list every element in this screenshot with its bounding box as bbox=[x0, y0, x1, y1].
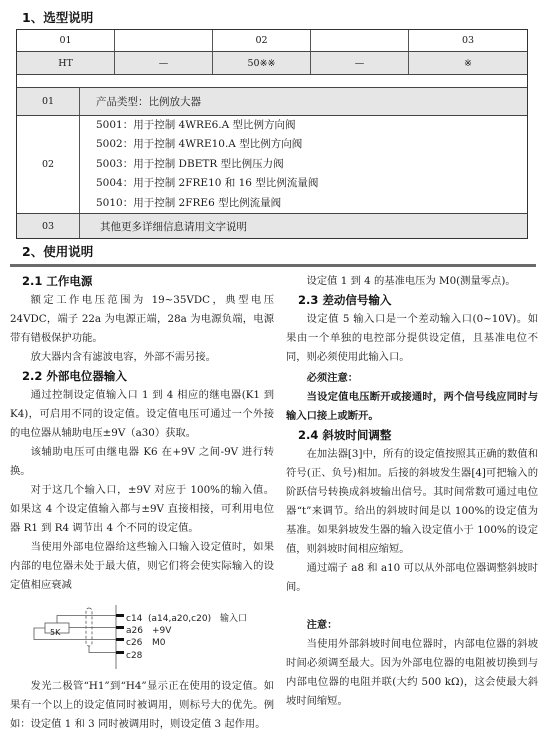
table-cell: 03 bbox=[409, 30, 527, 51]
selection-table: 01 02 03 HT — 50※※ — ※ 01 产品类型：比例放大器 02 … bbox=[16, 29, 528, 239]
paragraph: 在加法器[3]中，所有的设定值按照其正确的数值和符号(正、负号)相加。后接的斜坡… bbox=[286, 445, 538, 559]
paragraph: 通过端子 a8 和 a10 可以从外部电位器调整斜坡时间。 bbox=[286, 559, 538, 597]
table-cell bbox=[311, 30, 409, 51]
paragraph: 通过控制设定值输入口 1 到 4 相应的继电器(K1 到 K4)，可启用不同的设… bbox=[10, 386, 274, 443]
paragraph: 设定值 1 到 4 的基准电压为 M0(测量零点)。 bbox=[286, 272, 538, 291]
right-column: 设定值 1 到 4 的基准电压为 M0(测量零点)。 2.3 差动信号输入 设定… bbox=[286, 272, 538, 711]
row-text: 5002：用于控制 4WRE10.A 型比例方向阀 bbox=[96, 135, 302, 155]
table-cell: ※ bbox=[409, 52, 527, 74]
heading-2-2: 2.2 外部电位器输入 bbox=[10, 367, 274, 386]
paragraph: 对于这几个输入口，±9V 对应于 100%的输入值。如果这 4 个设定值输入都与… bbox=[10, 481, 274, 538]
row-key: 01 bbox=[17, 88, 80, 115]
potentiometer-wiring-diagram: 5K c14 (a14,a20,c20) 输入口 a26 +9V c26 M0 … bbox=[10, 601, 274, 673]
table-cell bbox=[115, 30, 213, 51]
paragraph: 设定值 5 输入口是一个差动输入口(0~10V)。如果由一个单独的电控部分提供设… bbox=[286, 310, 538, 367]
heading-2-3: 2.3 差动信号输入 bbox=[286, 291, 538, 310]
row-key: 02 bbox=[17, 116, 80, 213]
row-text: 其他更多详细信息请用文字说明 bbox=[100, 219, 247, 234]
table-row: 01 产品类型：比例放大器 bbox=[17, 88, 527, 116]
heading-2-1: 2.1 工作电源 bbox=[10, 272, 274, 291]
paragraph: 该辅助电压可由继电器 K6 在+9V 之间-9V 进行转换。 bbox=[10, 443, 274, 481]
table-header-row: 01 02 03 bbox=[17, 30, 527, 52]
table-cell: — bbox=[115, 52, 213, 74]
heading-2-4: 2.4 斜坡时间调整 bbox=[286, 426, 538, 445]
pin-label: c28 bbox=[126, 647, 142, 666]
left-column: 2.1 工作电源 额定工作电压范围为 19~35VDC，典型电压 24VDC，端… bbox=[10, 272, 274, 734]
table-row: 02 5001：用于控制 4WRE6.A 型比例方向阀 5002：用于控制 4W… bbox=[17, 116, 527, 214]
paragraph: 放大器内含有滤波电容，外部不需另接。 bbox=[10, 348, 274, 367]
section-divider bbox=[10, 264, 536, 267]
row-value: 5001：用于控制 4WRE6.A 型比例方向阀 5002：用于控制 4WRE1… bbox=[80, 116, 527, 213]
notice-text: 当设定值电压断开或接通时，两个信号线应同时与输入口接上或断开。 bbox=[286, 388, 538, 426]
section-2-title: 2、使用说明 bbox=[22, 242, 93, 260]
paragraph: 发光二极管“H1”到“H4”显示正在使用的设定值。如果有一个以上的设定值同时被调… bbox=[10, 677, 274, 734]
row-text: 5001：用于控制 4WRE6.A 型比例方向阀 bbox=[96, 116, 296, 136]
table-cell: 01 bbox=[17, 30, 115, 51]
paragraph: 当使用外部电位器给这些输入口输入设定值时，如果内部的电位器未处于最大值，则它们将… bbox=[10, 538, 274, 595]
row-text: 5010：用于控制 2FRE6 型比例流量阀 bbox=[96, 194, 281, 214]
table-spacer-row bbox=[17, 75, 527, 88]
table-cell: 50※※ bbox=[213, 52, 311, 74]
row-text: 5004：用于控制 2FRE10 和 16 型比例流量阀 bbox=[96, 174, 318, 194]
notice-label: 必须注意： bbox=[286, 369, 538, 388]
table-code-row: HT — 50※※ — ※ bbox=[17, 52, 527, 75]
table-cell: 02 bbox=[213, 30, 311, 51]
paragraph: 额定工作电压范围为 19~35VDC，典型电压 24VDC，端子 22a 为电源… bbox=[10, 291, 274, 348]
note-label: 注意： bbox=[286, 616, 538, 635]
table-cell: — bbox=[311, 52, 409, 74]
table-row: 03 其他更多详细信息请用文字说明 bbox=[17, 214, 527, 238]
pin-desc: M0 bbox=[152, 634, 166, 653]
row-value: 其他更多详细信息请用文字说明 bbox=[80, 214, 527, 238]
table-cell: HT bbox=[17, 52, 115, 74]
row-value: 产品类型：比例放大器 bbox=[80, 88, 527, 115]
pin-note: 输入口 bbox=[220, 610, 247, 629]
section-1-title: 1、选型说明 bbox=[22, 8, 93, 26]
row-key: 03 bbox=[17, 214, 80, 238]
row-text: 5003：用于控制 DBETR 型比例压力阀 bbox=[96, 155, 284, 175]
row-text: 产品类型：比例放大器 bbox=[96, 94, 201, 109]
note-text: 当使用外部斜坡时间电位器时，内部电位器的斜坡时间必须调至最大。因为外部电位器的电… bbox=[286, 635, 538, 711]
resistor-label: 5K bbox=[50, 623, 60, 642]
